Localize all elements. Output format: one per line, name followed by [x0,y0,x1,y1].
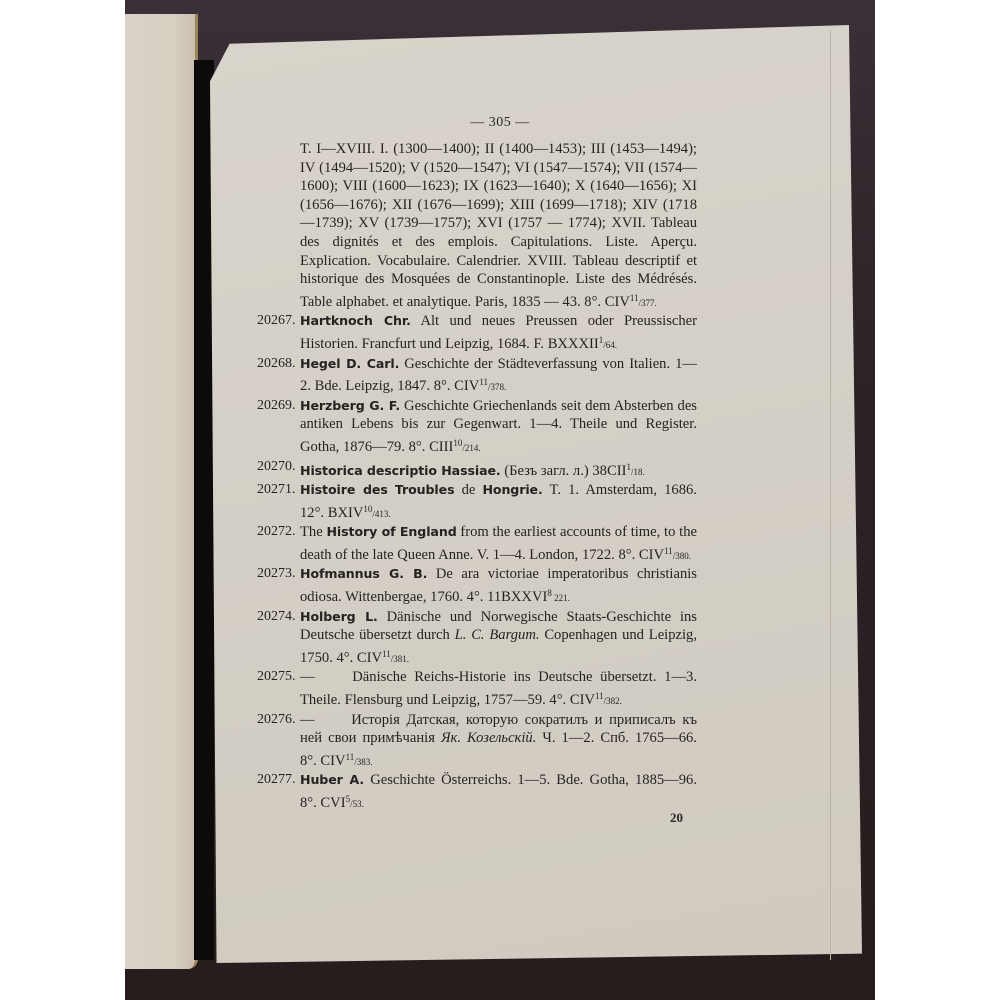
entry-number: 20275. [257,668,296,687]
entry-number: 20272. [257,523,296,542]
entry-number: 20270. [257,458,296,477]
catalog-entry-20272: 20272. The History of England from the e… [257,523,697,565]
catalog-entry-20270: 20270. Historica descriptio Hassiae. (Бе… [257,458,697,482]
ditto-dash: — [300,712,315,728]
left-cover-page [125,14,198,969]
entry-title: Historica descriptio Hassiae. [300,463,501,478]
continuation-paragraph: T. I—XVIII. I. (1300—1400); II (1400—145… [257,140,697,312]
catalog-entry-20276: 20276. — Исторія Датская, которую сократ… [257,711,697,772]
catalog-entry-20275: 20275. — Dänische Reichs-Historie ins De… [257,668,697,710]
entry-title-keyword: Hongrie. [482,482,542,497]
catalog-entry-20273: 20273. Hofmannus G. B. De ara victoriae … [257,565,697,607]
entry-number: 20268. [257,355,296,374]
entry-title-keyword: History of England [326,524,456,539]
entry-number: 20273. [257,565,296,584]
continuation-text: T. I—XVIII. I. (1300—1400); II (1400—145… [300,141,697,310]
page-number-header: — 305 — [440,115,560,131]
catalog-entry-20271: 20271. Histoire des Troubles de Hongrie.… [257,481,697,523]
entry-author: Herzberg G. F. [300,398,400,413]
page-edge-stack [830,30,863,960]
entry-author: Hofmannus G. B. [300,566,427,581]
entry-author: Hegel D. Carl. [300,356,399,371]
entry-number: 20276. [257,711,296,730]
entry-number: 20277. [257,771,296,790]
entry-text: Dänische Reichs-Historie ins Deutsche üb… [300,669,697,708]
entry-author: Hartknoch Chr. [300,313,411,328]
entry-translator: Як. Козельскій. [441,730,536,746]
entry-author: Huber A. [300,772,364,787]
entry-number: 20274. [257,608,296,627]
entry-text: (Безъ загл. л.) 38CII [504,463,626,479]
entry-translator: L. C. Bargum. [455,627,540,643]
ditto-dash: — [300,669,315,685]
entry-author: Holberg L. [300,609,378,624]
entry-number: 20269. [257,397,296,416]
catalog-entry-20268: 20268. Hegel D. Carl. Geschichte der Stä… [257,355,697,397]
catalog-text-column: T. I—XVIII. I. (1300—1400); II (1400—145… [257,140,697,814]
catalog-entry-20267: 20267. Hartknoch Chr. Alt und neues Preu… [257,312,697,354]
entry-number: 20271. [257,481,296,500]
entry-number: 20267. [257,312,296,331]
catalog-entry-20277: 20277. Huber A. Geschichte Österreichs. … [257,771,697,813]
catalog-entry-20274: 20274. Holberg L. Dänische und Norwegisc… [257,608,697,669]
catalog-entry-20269: 20269. Herzberg G. F. Geschichte Grieche… [257,397,697,458]
entry-title-keyword: Troubles [395,482,455,497]
signature-mark: 20 [670,810,683,826]
